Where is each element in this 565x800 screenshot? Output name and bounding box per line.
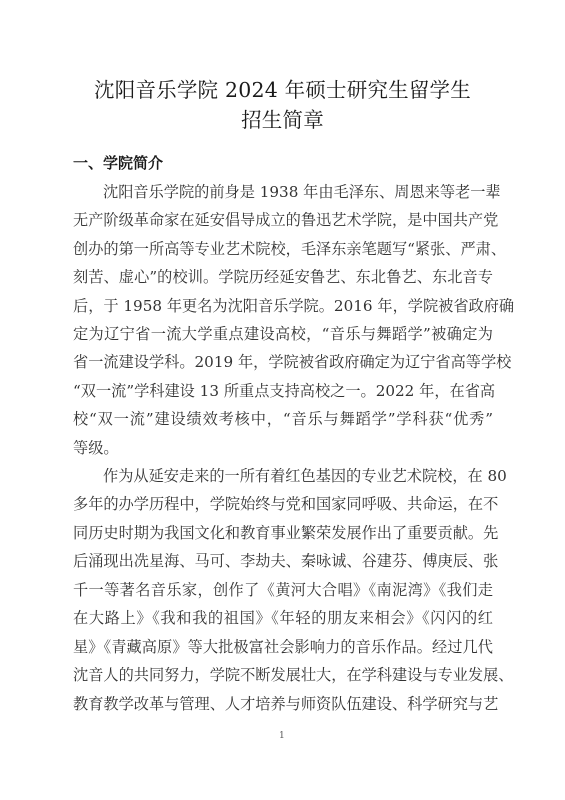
text-line: 无产阶级革命家在延安倡导成立的鲁迅艺术学院，是中国共产党 [73,210,493,230]
text-line: 星》《青藏高原》等大批极富社会影响力的音乐作品。经过几代 [73,637,493,657]
document-title-line-1: 沈阳音乐学院 2024 年硕士研究生留学生 [0,73,565,103]
text-line: 教育教学改革与管理、人才培养与师资队伍建设、科学研究与艺 [73,694,493,714]
text-line: 省一流建设学科。2019 年，学院被省政府确定为辽宁省高等学校 [73,352,493,372]
text-line: 校“双一流”建设绩效考核中，“音乐与舞蹈学”学科获“优秀” [73,409,493,429]
text-line: 沈音人的共同努力，学院不断发展壮大，在学科建设与专业发展、 [73,665,493,685]
text-line: 创办的第一所高等专业艺术院校，毛泽东亲笔题写“紧张、严肃、 [73,239,493,259]
text-line: 等级。 [73,438,493,458]
document-page: 沈阳音乐学院 2024 年硕士研究生留学生 招生简章 一、学院简介 沈阳音乐学院… [0,0,565,800]
section-heading: 一、学院简介 [73,152,163,173]
document-title-line-2: 招生简章 [0,103,565,133]
text-line: 在大路上》《我和我的祖国》《年轻的朋友来相会》《闪闪的红 [73,608,493,628]
text-line: 后涌现出冼星海、马可、李劫夫、秦咏诚、谷建芬、傅庚辰、张 [73,551,493,571]
text-line: 后，于 1958 年更名为沈阳音乐学院。2016 年，学院被省政府确 [73,296,493,316]
text-line: 千一等著名音乐家，创作了《黄河大合唱》《南泥湾》《我们走 [73,580,493,600]
text-line: 沈阳音乐学院的前身是 1938 年由毛泽东、周恩来等老一辈 [103,182,493,202]
page-number: 1 [279,731,285,741]
text-line: 刻苦、虚心”的校训。学院历经延安鲁艺、东北鲁艺、东北音专 [73,267,493,287]
text-line: 定为辽宁省一流大学重点建设高校，“音乐与舞蹈学”被确定为 [73,324,493,344]
text-line: 同历史时期为我国文化和教育事业繁荣发展作出了重要贡献。先 [73,523,493,543]
text-line: 作为从延安走来的一所有着红色基因的专业艺术院校，在 80 [103,466,493,486]
text-line: 多年的办学历程中，学院始终与党和国家同呼吸、共命运，在不 [73,494,493,514]
text-line: “双一流”学科建设 13 所重点支持高校之一。2022 年，在省高 [73,381,493,401]
